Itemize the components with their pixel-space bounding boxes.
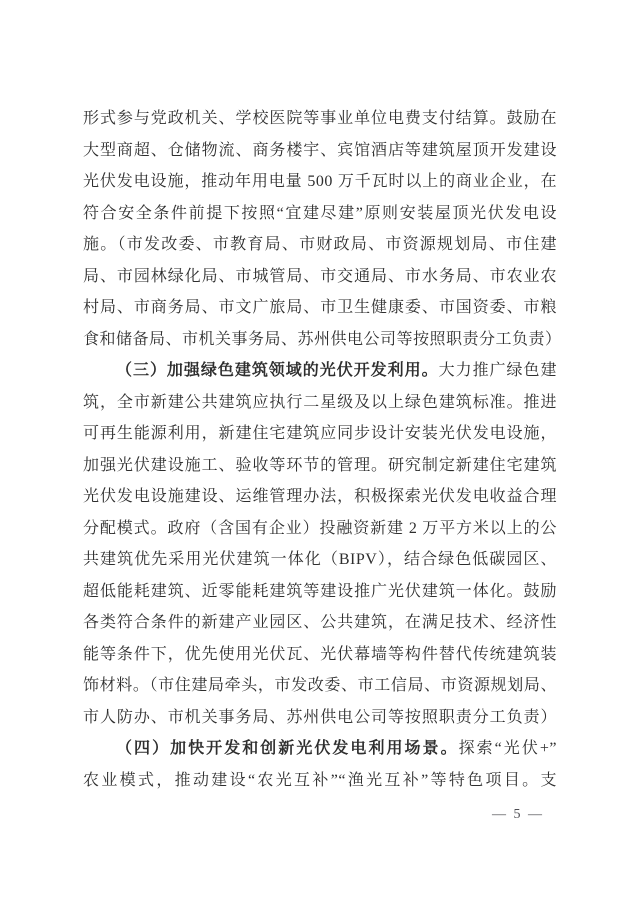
text-line: （三）加强绿色建筑领域的光伏开发利用。大力推广绿色建 <box>83 355 557 387</box>
text-run: 筑，全市新建公共建筑应执行二星级及以上绿色建筑标准。推进 <box>83 394 557 411</box>
text-line: 局、市园林绿化局、市城管局、市交通局、市水务局、市农业农 <box>83 261 557 293</box>
text-run: 可再生能源利用，新建住宅建筑应同步设计安装光伏发电设施， <box>83 425 557 442</box>
text-run: 市人防办、市机关事务局、苏州供电公司等按照职责分工负责） <box>83 709 557 726</box>
text-line: 筑，全市新建公共建筑应执行二星级及以上绿色建筑标准。推进 <box>83 387 557 419</box>
text-line: 形式参与党政机关、学校医院等事业单位电费支付结算。鼓励在 <box>83 103 557 135</box>
text-run: 施。（市发改委、市教育局、市财政局、市资源规划局、市住建 <box>83 236 557 253</box>
text-line: 可再生能源利用，新建住宅建筑应同步设计安装光伏发电设施， <box>83 418 557 450</box>
text-run: 探索“光伏+” <box>459 740 557 757</box>
text-line: 能等条件下，优先使用光伏瓦、光伏幕墙等构件替代传统建筑装 <box>83 639 557 671</box>
text-run: 超低能耗建筑、近零能耗建筑等建设推广光伏建筑一体化。鼓励 <box>83 583 557 600</box>
text-run: 加强光伏建设施工、验收等环节的管理。研究制定新建住宅建筑 <box>83 457 557 474</box>
text-run: 农业模式，推动建设“农光互补”“渔光互补”等特色项目。支 <box>83 772 557 789</box>
text-run: 大力推广绿色建 <box>439 362 557 379</box>
text-run: 饰材料。（市住建局牵头，市发改委、市工信局、市资源规划局、 <box>83 677 557 694</box>
text-run: 分配模式。政府（含国有企业）投融资新建 2 万平方米以上的公 <box>83 520 557 537</box>
text-run: 局、市园林绿化局、市城管局、市交通局、市水务局、市农业农 <box>83 268 557 285</box>
text-line: 光伏发电设施建设、运维管理办法，积极探索光伏发电收益合理 <box>83 481 557 513</box>
document-body: 形式参与党政机关、学校医院等事业单位电费支付结算。鼓励在大型商超、仓储物流、商务… <box>83 103 557 796</box>
text-line: 大型商超、仓储物流、商务楼宇、宾馆酒店等建筑屋顶开发建设 <box>83 135 557 167</box>
text-run: 大型商超、仓储物流、商务楼宇、宾馆酒店等建筑屋顶开发建设 <box>83 142 557 159</box>
text-line: 饰材料。（市住建局牵头，市发改委、市工信局、市资源规划局、 <box>83 670 557 702</box>
text-line: 符合安全条件前提下按照“宜建尽建”原则安装屋顶光伏发电设 <box>83 198 557 230</box>
text-run: 光伏发电设施建设、运维管理办法，积极探索光伏发电收益合理 <box>83 488 557 505</box>
text-run: 形式参与党政机关、学校医院等事业单位电费支付结算。鼓励在 <box>83 110 557 127</box>
section-heading: （四）加快开发和创新光伏发电利用场景。 <box>116 740 459 757</box>
text-run: 各类符合条件的新建产业园区、公共建筑，在满足技术、经济性 <box>83 614 557 631</box>
text-line: 施。（市发改委、市教育局、市财政局、市资源规划局、市住建 <box>83 229 557 261</box>
text-line: 共建筑优先采用光伏建筑一体化（BIPV），结合绿色低碳园区、 <box>83 544 557 576</box>
text-line: 农业模式，推动建设“农光互补”“渔光互补”等特色项目。支 <box>83 765 557 797</box>
text-line: （四）加快开发和创新光伏发电利用场景。探索“光伏+” <box>83 733 557 765</box>
text-run: 食和储备局、市机关事务局、苏州供电公司等按照职责分工负责） <box>83 331 557 348</box>
section-heading: （三）加强绿色建筑领域的光伏开发利用。 <box>116 362 439 379</box>
text-run: 能等条件下，优先使用光伏瓦、光伏幕墙等构件替代传统建筑装 <box>83 646 557 663</box>
text-line: 市人防办、市机关事务局、苏州供电公司等按照职责分工负责） <box>83 702 557 734</box>
text-line: 食和储备局、市机关事务局、苏州供电公司等按照职责分工负责） <box>83 324 557 356</box>
document-page: 形式参与党政机关、学校医院等事业单位电费支付结算。鼓励在大型商超、仓储物流、商务… <box>0 0 640 904</box>
text-line: 村局、市商务局、市文广旅局、市卫生健康委、市国资委、市粮 <box>83 292 557 324</box>
text-run: 共建筑优先采用光伏建筑一体化（BIPV），结合绿色低碳园区、 <box>83 551 557 568</box>
text-line: 各类符合条件的新建产业园区、公共建筑，在满足技术、经济性 <box>83 607 557 639</box>
text-run: 符合安全条件前提下按照“宜建尽建”原则安装屋顶光伏发电设 <box>83 205 557 222</box>
text-line: 加强光伏建设施工、验收等环节的管理。研究制定新建住宅建筑 <box>83 450 557 482</box>
text-line: 分配模式。政府（含国有企业）投融资新建 2 万平方米以上的公 <box>83 513 557 545</box>
text-line: 超低能耗建筑、近零能耗建筑等建设推广光伏建筑一体化。鼓励 <box>83 576 557 608</box>
text-run: 光伏发电设施，推动年用电量 500 万千瓦时以上的商业企业，在 <box>83 173 557 190</box>
text-run: 村局、市商务局、市文广旅局、市卫生健康委、市国资委、市粮 <box>83 299 557 316</box>
page-number: — 5 — <box>478 804 558 826</box>
text-line: 光伏发电设施，推动年用电量 500 万千瓦时以上的商业企业，在 <box>83 166 557 198</box>
